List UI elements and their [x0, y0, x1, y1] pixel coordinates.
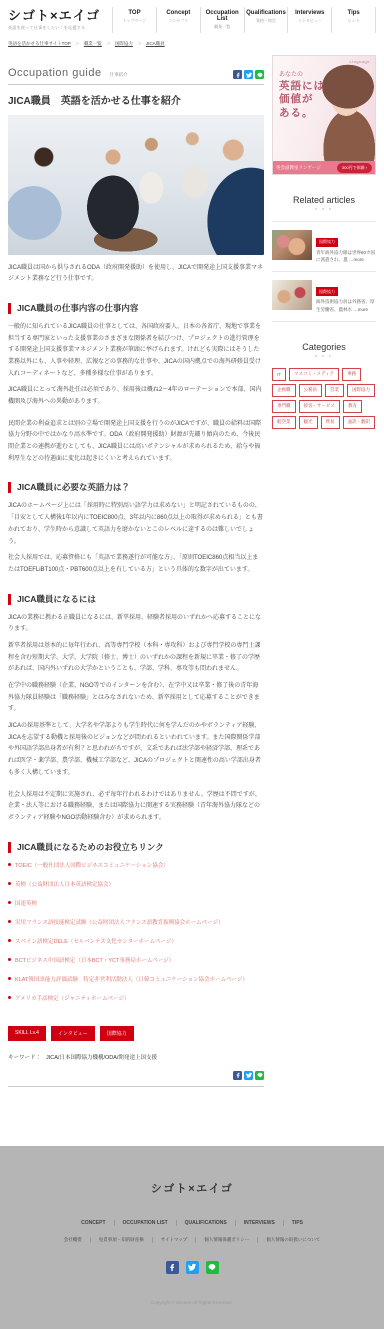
section-heading-useful-links: JICA職員になるためのお役立ちリンク [8, 842, 264, 853]
ad-bottom-bar: 英会話教室リンゲージ 300円で体験 › [273, 161, 375, 174]
twitter-share-icon[interactable] [244, 70, 253, 79]
bullet-icon [8, 996, 11, 999]
nav-sublabel: インタビュー [289, 18, 330, 24]
nav-sublabel: 資格・検定 [246, 18, 287, 24]
article-hero-image [8, 115, 264, 255]
nav-label: Concept [158, 10, 199, 16]
category-translation[interactable]: 通訳・翻訳 [343, 416, 376, 429]
link-eiken[interactable]: 英検（公益財団法人日本英語検定協会） [15, 880, 114, 888]
occupation-guide-sublabel: 仕事紹介 [110, 72, 128, 78]
paragraph: 新卒者採用は基本的に毎年行われ、高等専門学校（本科・専攻科）および専門学校の専門… [8, 641, 264, 676]
list-item: KLAT韓国語能力評価試験 特定非営利活動法人（日韓コミュニケーション協会ホーム… [8, 975, 264, 983]
nav-sublabel: コンセプト [158, 18, 199, 24]
list-item: スペイン語検定DELE（セルバンテス文化センターホームページ） [8, 937, 264, 945]
category-international-cooperation[interactable]: 国際協力 [347, 384, 375, 397]
keywords-value: JICA/日本国際協力機構/ODA/開発途上国支援 [46, 1055, 157, 1061]
list-item: 英検（公益財団法人日本英語検定協会） [8, 880, 264, 888]
useful-links-list: TOEIC（一般社団法人国際ビジネスコミュニケーション協会） 英検（公益財団法人… [8, 861, 264, 1002]
site-logo: シゴト×エイゴ [8, 9, 100, 23]
breadcrumb-occupation-list[interactable]: 職業一覧 [84, 41, 102, 46]
related-thumbnail [272, 230, 312, 260]
paragraph: 在学中の職務経験（企業、NGO等でのインターンを含む）、在学中又は卒業・修了後の… [8, 681, 264, 716]
article-kicker-row: Occupation guide 仕事紹介 [8, 67, 264, 79]
ad-copy-line: 英語には [279, 80, 325, 94]
breadcrumb-separator: ＞ [137, 41, 142, 46]
share-buttons-top [233, 70, 264, 79]
tag-skill[interactable]: SKILL Lv.4 [8, 1026, 46, 1041]
category-aviation[interactable]: 航空業 [272, 416, 296, 429]
link-bct[interactable]: BCTビジネス中国語検定（日本BCT・YCT事務局ホームページ） [15, 956, 174, 964]
footer-nav-concept[interactable]: CONCEPT [73, 1220, 113, 1226]
footer-link-privacy-policy[interactable]: 個人情報保護ポリシー [195, 1237, 257, 1243]
nav-item-tips[interactable]: Tips ヒント [331, 7, 376, 33]
category-education[interactable]: 教育 [343, 400, 362, 413]
related-articles-heading: Related articles [272, 195, 376, 205]
facebook-share-icon[interactable] [233, 70, 242, 79]
ad-copy: あなたの 英語には 価値が ある。 [279, 72, 325, 121]
site-footer: シゴト×エイゴ CONCEPT OCCUPATION LIST QUALIFIC… [0, 1146, 384, 1329]
ad-copy-line: あなたの [279, 72, 325, 80]
category-service[interactable]: 接客・サービス [299, 400, 341, 413]
ad-banner[interactable]: Linguage あなたの 英語には 価値が ある。 英会話教室リンゲージ 30… [272, 55, 376, 175]
link-dele[interactable]: スペイン語検定DELE（セルバンテス文化センターホームページ） [15, 937, 177, 945]
site-header: シゴト×エイゴ 英語を使って仕事をしたい！を応援する TOP トップページ Co… [0, 0, 384, 38]
facebook-share-icon[interactable] [166, 1261, 179, 1274]
related-article-card[interactable]: 国際協力 青年海外協力隊は世界60カ国に派遣され、農 …more [272, 221, 376, 271]
footer-nav: CONCEPT OCCUPATION LIST QUALIFICATIONS I… [0, 1220, 384, 1226]
breadcrumb-separator: ＞ [106, 41, 111, 46]
ad-copy-line: 価値が [279, 93, 325, 107]
bullet-icon [8, 958, 11, 961]
nav-label: TOP [114, 10, 155, 16]
related-excerpt: 青年海外協力隊は世界60カ国に派遣され、農 …more [316, 249, 376, 263]
article-column: Occupation guide 仕事紹介 JICA職員 英語を活かせる仕事を紹… [8, 55, 264, 1094]
ad-brand-logo: Linguage [350, 59, 370, 64]
footer-link-disclaimer[interactable]: 免責事項・知的財産権 [90, 1237, 152, 1243]
footer-nav-interviews[interactable]: INTERVIEWS [235, 1220, 283, 1226]
nav-item-concept[interactable]: Concept コンセプト [156, 7, 200, 33]
heading-dots: ・・・ [272, 206, 376, 213]
keywords-label: キーワード： [8, 1055, 41, 1061]
paragraph: JICAの業務に携わる正職員になるには、新卒採用、経験者採用のいずれかへ応募する… [8, 613, 264, 636]
ad-cta-button[interactable]: 300円で体験 › [337, 163, 372, 173]
paragraph: 民間企業の利益追求とは別の立場で開発途上国支援を行うのがJICAですが、職員の給… [8, 419, 264, 466]
link-kokuren-eiken[interactable]: 国連英検 [15, 899, 37, 907]
section-heading-how-to-become: JICA職員になるには [8, 594, 264, 605]
line-share-icon[interactable] [206, 1261, 219, 1274]
list-item: BCTビジネス中国語検定（日本BCT・YCT事務局ホームページ） [8, 956, 264, 964]
bullet-icon [8, 882, 11, 885]
bullet-icon [8, 863, 11, 866]
sidebar: Linguage あなたの 英語には 価値が ある。 英会話教室リンゲージ 30… [272, 55, 376, 429]
paragraph: JICA職員にとって海外赴任は必須であり、採用後は概ね2～4年のローテーションで… [8, 385, 264, 408]
nav-sublabel: ヒント [333, 18, 374, 24]
nav-label: Qualifications [246, 10, 287, 16]
related-card-body: 国際協力 海外技術協力員は外務省、厚生労働省、農林水 …more [316, 280, 376, 313]
category-civil-servant[interactable]: 公務員 [299, 384, 323, 397]
category-media[interactable]: マスコミ・メディア [289, 368, 339, 381]
ad-woman-photo [317, 62, 376, 174]
page-title: JICA職員 英語を活かせる仕事を紹介 [8, 92, 264, 107]
category-tourism[interactable]: 観光 [299, 416, 318, 429]
divider [8, 84, 264, 85]
breadcrumb-current[interactable]: JICA職員 [146, 41, 165, 46]
related-category-tag: 国際協力 [316, 287, 338, 296]
category-it[interactable]: IT [272, 368, 286, 381]
paragraph: 一般的に知られているJICA職員の仕事としては、各国政府要人、日本の各省庁、現地… [8, 322, 264, 380]
categories-heading: Categories [272, 342, 376, 352]
list-item: 実用フランス語技能検定試験（公益財団法人フランス語教育振興協会ホームページ） [8, 918, 264, 926]
category-sales[interactable]: 営業 [325, 384, 344, 397]
ad-copy-line: ある。 [279, 107, 325, 121]
related-article-card[interactable]: 国際協力 海外技術協力員は外務省、厚生労働省、農林水 …more [272, 271, 376, 322]
related-excerpt: 海外技術協力員は外務省、厚生労働省、農林水 …more [316, 298, 376, 312]
bullet-icon [8, 977, 11, 980]
footer-link-personal-info[interactable]: 個人情報の取扱いについて [257, 1237, 328, 1243]
paragraph: 社会人採用では、応募資格にも「英語で業務遂行が可能な方」、「原則TOEIC860… [8, 553, 264, 576]
bullet-icon [8, 939, 11, 942]
line-share-icon[interactable] [255, 70, 264, 79]
list-item: アメリカ手話検定（ジャニティホームページ） [8, 994, 264, 1002]
article-tags: SKILL Lv.4 インタビュー 国際協力 [8, 1026, 264, 1041]
divider [8, 1086, 264, 1087]
link-french-exam[interactable]: 実用フランス語技能検定試験（公益財団法人フランス語教育振興協会ホームページ） [15, 918, 224, 926]
nav-item-interviews[interactable]: Interviews インタビュー [287, 7, 331, 33]
section-heading-english-skill: JICA職員に必要な英語力は？ [8, 482, 264, 493]
main-content: Occupation guide 仕事紹介 JICA職員 英語を活かせる仕事を紹… [0, 55, 384, 1094]
line-share-icon[interactable] [255, 1071, 264, 1080]
footer-logo: シゴト×エイゴ [0, 1180, 384, 1196]
tag-interview[interactable]: インタビュー [51, 1026, 95, 1041]
link-toeic[interactable]: TOEIC（一般社団法人国際ビジネスコミュニケーション協会） [15, 861, 169, 869]
site-logo-link[interactable]: シゴト×エイゴ 英語を使って仕事をしたい！を応援する [8, 9, 100, 31]
category-office[interactable]: 事務 [342, 368, 361, 381]
list-item: TOEIC（一般社団法人国際ビジネスコミュニケーション協会） [8, 861, 264, 869]
list-item: 国連英検 [8, 899, 264, 907]
paragraph: 社会人採用は不定期に実施され、必ず毎年行われるわけではありません。学歴は不問です… [8, 790, 264, 825]
breadcrumb-category[interactable]: 国際協力 [115, 41, 133, 46]
related-card-body: 国際協力 青年海外協力隊は世界60カ国に派遣され、農 …more [316, 230, 376, 263]
main-nav: TOP トップページ Concept コンセプト Occupation List… [112, 7, 376, 33]
footer-share-buttons [0, 1261, 384, 1274]
site-tagline: 英語を使って仕事をしたい！を応援する [8, 25, 100, 31]
share-buttons-bottom [8, 1071, 264, 1080]
heading-dots: ・・・ [272, 353, 376, 360]
category-planning[interactable]: 企画職 [272, 384, 296, 397]
nav-label: Tips [333, 10, 374, 16]
facebook-share-icon[interactable] [233, 1071, 242, 1080]
categories-list: IT マスコミ・メディア 事務 企画職 公務員 営業 国際協力 専門職 接客・サ… [272, 368, 376, 429]
nav-item-qualifications[interactable]: Qualifications 資格・検定 [244, 7, 288, 33]
keywords-row: キーワード：JICA/日本国際協力機構/ODA/開発途上国支援 [8, 1053, 264, 1061]
category-professional[interactable]: 専門職 [272, 400, 296, 413]
category-trade[interactable]: 貿易 [321, 416, 340, 429]
copyright-text: Copyright © Zenken All Rights Reserved. [0, 1300, 384, 1305]
ad-school-name: 英会話教室リンゲージ [276, 165, 337, 171]
nav-item-top[interactable]: TOP トップページ [112, 7, 156, 33]
nav-sublabel: 職業一覧 [202, 24, 243, 30]
twitter-share-icon[interactable] [244, 1071, 253, 1080]
footer-links: 会社概要 免責事項・知的財産権 サイトマップ 個人情報保護ポリシー 個人情報の取… [0, 1237, 384, 1243]
related-thumbnail [272, 280, 312, 310]
paragraph: JICAの採用基準として、大学名や学部よりも学生時代に何を学んだのかやボランティ… [8, 721, 264, 779]
breadcrumb-home[interactable]: 英語を活かせる仕事サイトTOP [8, 41, 71, 46]
footer-nav-occupation-list[interactable]: OCCUPATION LIST [114, 1220, 176, 1226]
twitter-share-icon[interactable] [186, 1261, 199, 1274]
footer-link-sitemap[interactable]: サイトマップ [152, 1237, 196, 1243]
footer-nav-tips[interactable]: TIPS [283, 1220, 311, 1226]
breadcrumb-separator: ＞ [75, 41, 80, 46]
occupation-guide-label: Occupation guide [8, 67, 102, 79]
paragraph: JICAのホームページ上には「採用時に特別高い語学力は求めない」と明記されている… [8, 501, 264, 548]
nav-label: Interviews [289, 10, 330, 16]
nav-sublabel: トップページ [114, 18, 155, 24]
nav-label: Occupation List [202, 10, 243, 22]
bullet-icon [8, 920, 11, 923]
footer-link-company[interactable]: 会社概要 [56, 1237, 90, 1243]
link-klat[interactable]: KLAT韓国語能力評価試験 特定非営利活動法人（日韓コミュニケーション協会ホーム… [15, 975, 248, 983]
footer-nav-qualifications[interactable]: QUALIFICATIONS [176, 1220, 235, 1226]
link-asl[interactable]: アメリカ手話検定（ジャニティホームページ） [15, 994, 129, 1002]
related-category-tag: 国際協力 [316, 238, 338, 247]
section-heading-job-description: JICA職員の仕事内容の仕事内容 [8, 303, 264, 314]
nav-item-occupation-list[interactable]: Occupation List 職業一覧 [200, 7, 244, 33]
breadcrumb: 英語を活かせる仕事サイトTOP ＞ 職業一覧 ＞ 国際協力 ＞ JICA職員 [0, 38, 384, 55]
article-intro: JICA職員は国から供与されるODA（政府開発援助）を使用し、JICAで開発途上… [8, 263, 264, 286]
bullet-icon [8, 901, 11, 904]
tag-international-cooperation[interactable]: 国際協力 [100, 1026, 134, 1041]
